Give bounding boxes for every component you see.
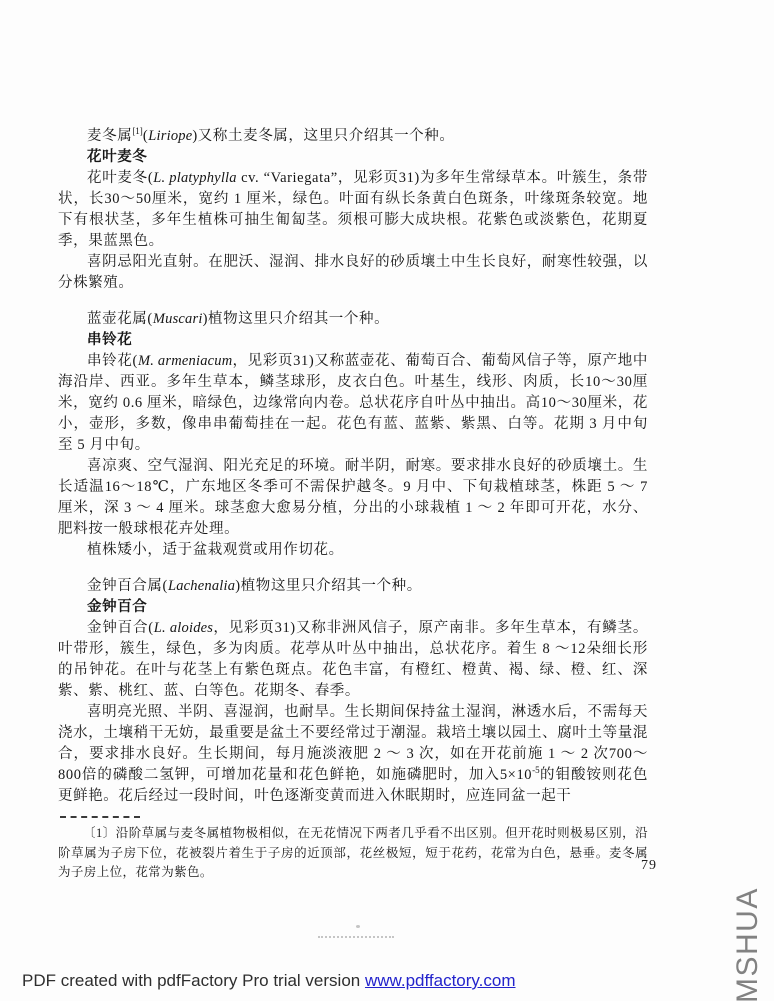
- text-run: 串铃花(: [87, 353, 138, 369]
- latin-name: Liriope: [148, 128, 192, 144]
- pdffactory-link[interactable]: www.pdffactory.com: [365, 971, 516, 990]
- lachenalia-intro-line: 金钟百合属(Lachenalia)植物这里只介绍其一个种。: [58, 576, 648, 597]
- text-run: 植株矮小，适于盆栽观赏或用作切花。: [87, 542, 344, 558]
- huaye-maidong-description: 花叶麦冬(L. platyphylla cv. “Variegata”，见彩页3…: [58, 168, 648, 252]
- scan-smudge-line: [318, 936, 394, 938]
- huaye-maidong-culture: 喜阴忌阳光直射。在肥沃、湿润、排水良好的砂质壤土中生长良好，耐寒性较强，以分株繁…: [58, 252, 648, 294]
- pdf-footer: PDF created with pdfFactory Pro trial ve…: [22, 971, 516, 991]
- footnote-separator: [60, 816, 140, 818]
- chuanlinghua-culture: 喜凉爽、空气湿润、阳光充足的环境。耐半阴，耐寒。要求排水良好的砂质壤土。生长适温…: [58, 456, 648, 540]
- heading-chuanlinghua: 串铃花: [58, 330, 648, 351]
- text-run: 金钟百合属(: [87, 578, 168, 594]
- text-run: )又称土麦冬属，这里只介绍其一个种。: [192, 128, 454, 144]
- latin-name: M. armeniacum: [138, 353, 232, 369]
- text-run: 金钟百合(: [87, 620, 154, 636]
- text-column: 麦冬属[1](Liriope)又称土麦冬属，这里只介绍其一个种。花叶麦冬花叶麦冬…: [58, 126, 648, 883]
- jinzhong-baihe-description: 金钟百合(L. aloides，见彩页31)又称非洲风信子，原产南非。多年生草本…: [58, 618, 648, 702]
- heading-jinzhong-baihe: 金钟百合: [58, 597, 648, 618]
- superscript-ref: [1]: [132, 126, 143, 136]
- latin-name: Muscari: [153, 311, 203, 327]
- text-run: 喜阴忌阳光直射。在肥沃、湿润、排水良好的砂质壤土中生长良好，耐寒性较强，以分株繁…: [58, 254, 648, 291]
- footnote-text: 〔1〕沿阶草属与麦冬属植物极相似，在无花情况下两者几乎看不出区别。但开花时则极易…: [58, 824, 648, 883]
- scanned-page: 麦冬属[1](Liriope)又称土麦冬属，这里只介绍其一个种。花叶麦冬花叶麦冬…: [0, 0, 774, 1001]
- chuanlinghua-use: 植株矮小，适于盆栽观赏或用作切花。: [58, 540, 648, 561]
- mshua-watermark: MSHUA: [731, 887, 765, 1001]
- text-run: 〔1〕沿阶草属与麦冬属植物极相似，在无花情况下两者几乎看不出区别。但开花时则极易…: [58, 826, 648, 879]
- page-number: 79: [641, 858, 657, 874]
- text-run: 蓝壶花属(: [87, 311, 153, 327]
- text-run: 金钟百合: [87, 599, 147, 615]
- text-run: )植物这里只介绍其一个种。: [235, 578, 422, 594]
- scan-smudge-dot: [356, 925, 360, 928]
- latin-name: L. aloides: [154, 620, 213, 636]
- text-run: 花叶麦冬: [87, 149, 147, 165]
- text-run: 麦冬属: [87, 128, 132, 144]
- text-run: )植物这里只介绍其一个种。: [203, 311, 390, 327]
- jinzhong-baihe-culture: 喜明亮光照、半阴、喜湿润，也耐旱。生长期间保持盆土湿润，淋透水后，不需每天浇水，…: [58, 702, 648, 807]
- latin-name: Lachenalia: [168, 578, 235, 594]
- muscari-intro-line: 蓝壶花属(Muscari)植物这里只介绍其一个种。: [58, 309, 648, 330]
- text-run: 喜凉爽、空气湿润、阳光充足的环境。耐半阴，耐寒。要求排水良好的砂质壤土。生长适温…: [58, 458, 648, 537]
- text-run: 串铃花: [87, 332, 132, 348]
- superscript-ref: -5: [532, 765, 540, 775]
- latin-name: L. platyphylla: [153, 170, 236, 186]
- text-run: 花叶麦冬(: [87, 170, 153, 186]
- heading-huaye-maidong: 花叶麦冬: [58, 147, 648, 168]
- chuanlinghua-description: 串铃花(M. armeniacum，见彩页31)又称蓝壶花、葡萄百合、葡萄风信子…: [58, 351, 648, 456]
- pdf-footer-text: PDF created with pdfFactory Pro trial ve…: [22, 971, 365, 990]
- liriope-intro-line: 麦冬属[1](Liriope)又称土麦冬属，这里只介绍其一个种。: [58, 126, 648, 147]
